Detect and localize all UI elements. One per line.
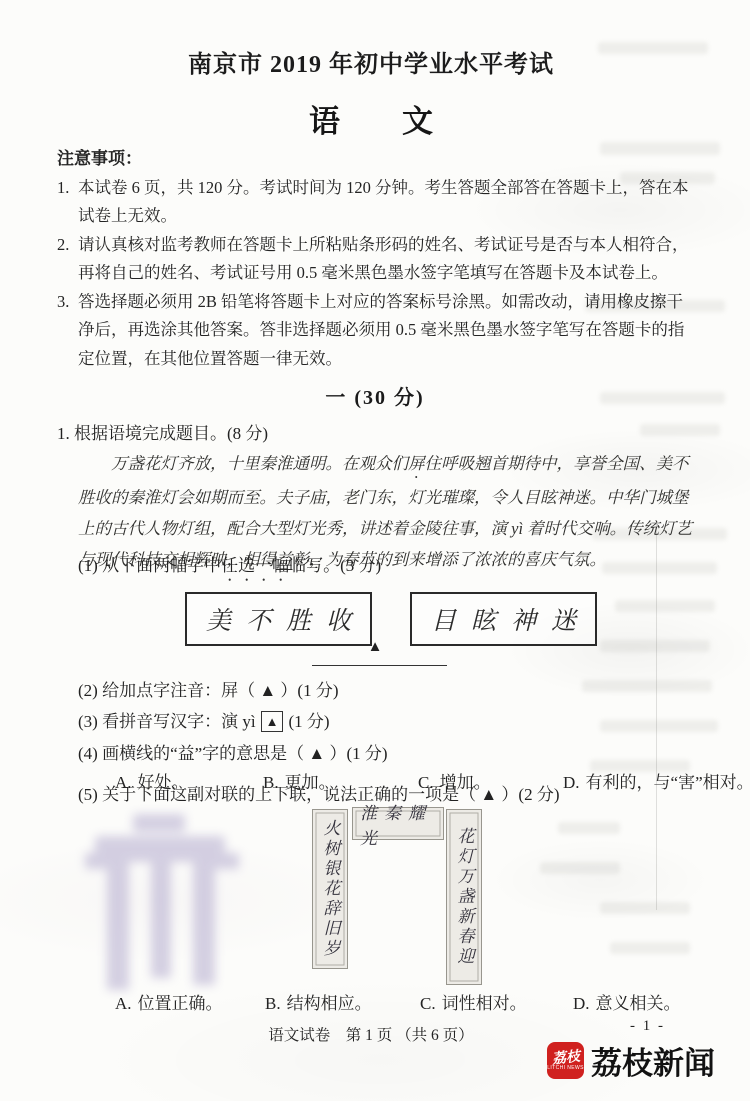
sub-question-1-post: 临写。(3 分) xyxy=(289,556,381,575)
sub-question-4-text: 画横线的“益”字的意思是（ ▲ ）(1 分) xyxy=(102,744,388,763)
page-number: - 1 - xyxy=(630,1018,665,1035)
option-c: C.词性相对。 xyxy=(420,989,527,1014)
bleed-through-artifact xyxy=(610,942,690,954)
copybook-options: 美不胜收 目眩神迷 xyxy=(185,592,597,646)
notice-item-number: 2. xyxy=(57,231,78,288)
sub-question-4-number: (4) xyxy=(78,744,98,763)
logo-brand-text: 荔枝新闻 xyxy=(591,1038,715,1083)
notice-item: 3. 答选择题必须用 2B 铅笔将答题卡上对应的答案标号涂黑。如需改动，请用橡皮… xyxy=(57,288,699,374)
couplet-left-scroll: 火树银花辞旧岁 xyxy=(312,809,348,969)
option-d: D.意义相关。 xyxy=(573,989,681,1014)
question-1-text: 根据语境完成题目。(8 分) xyxy=(74,424,268,443)
exam-title: 南京市 2019 年初中学业水平考试 xyxy=(0,44,742,79)
question-1-number: 1. xyxy=(57,424,70,443)
couplet-figure: 火树银花辞旧岁 淮秦耀光 花灯万盏新春迎 xyxy=(300,804,495,989)
option-d-label: D. xyxy=(573,994,590,1013)
sub-question-5-text: 关于下面这副对联的上下联，说法正确的一项是（ ▲ ）(2 分) xyxy=(102,785,559,804)
couplet-right-scroll: 花灯万盏新春迎 xyxy=(446,809,482,985)
bleed-through-artifact xyxy=(640,424,720,436)
notice-item: 1. 本试卷 6 页，共 120 分。考试时间为 120 分钟。考生答题全部答在… xyxy=(57,174,699,231)
option-b-text: 结构相应。 xyxy=(287,994,372,1013)
couplet-top-scroll: 淮秦耀光 xyxy=(352,807,444,840)
logo-icon-text: 荔枝 xyxy=(551,1049,580,1067)
sub-question-3-pre: 看拼音写汉字：演 yì xyxy=(102,712,255,731)
option-b-label: B. xyxy=(265,994,281,1013)
copybook-box-a: 美不胜收 xyxy=(185,592,372,646)
sub-question-3-number: (3) xyxy=(78,712,98,731)
copybook-box-b: 目眩神迷 xyxy=(410,592,597,646)
sub-question-2-text: 给加点字注音：屏（ ▲ ）(1 分) xyxy=(102,681,338,700)
bleed-through-artifact xyxy=(582,680,712,692)
sub-question-5: (5) 关于下面这副对联的上下联，说法正确的一项是（ ▲ ）(2 分) xyxy=(78,780,559,805)
option-a-label: A. xyxy=(115,994,132,1013)
bleed-through-artifact xyxy=(600,720,718,732)
sub-question-1-dotted: 任选一幅 xyxy=(221,556,289,575)
notice-section: 注意事项： 1. 本试卷 6 页，共 120 分。考试时间为 120 分钟。考生… xyxy=(57,145,699,373)
option-d-text: 意义相关。 xyxy=(596,994,681,1013)
exam-subject-title: 语 文 xyxy=(0,96,742,141)
sub-question-2-number: (2) xyxy=(78,681,98,700)
notice-item-number: 3. xyxy=(57,288,78,374)
litchi-news-logo-icon: 荔枝 LITCHI NEWS xyxy=(547,1042,584,1079)
answer-blank-line xyxy=(312,665,447,666)
section-one-header: 一 (30 分) xyxy=(0,381,750,410)
notice-item-text: 本试卷 6 页，共 120 分。考试时间为 120 分钟。考生答题全部答在答题卡… xyxy=(78,174,699,231)
notice-label: 注意事项： xyxy=(57,145,699,174)
bleed-through-artifact xyxy=(540,862,620,874)
sub-question-5-options: A.位置正确。 B.结构相应。 C.词性相对。 D.意义相关。 xyxy=(115,989,715,1013)
litchi-news-logo: 荔枝 LITCHI NEWS 荔枝新闻 xyxy=(547,1038,715,1083)
option-d: D.有利的，与“害”相对。 xyxy=(563,768,750,793)
sub-question-1-pre: 从下面两幅字中 xyxy=(102,556,221,575)
sub-question-2: (2) 给加点字注音：屏（ ▲ ）(1 分) xyxy=(78,676,338,701)
sub-question-1-number: (1) xyxy=(78,556,98,575)
option-c-text: 词性相对。 xyxy=(442,994,527,1013)
sub-question-5-number: (5) xyxy=(78,785,98,804)
bleed-through-artifact xyxy=(615,600,715,612)
option-b: B.结构相应。 xyxy=(265,989,372,1014)
option-d-label: D. xyxy=(563,773,580,792)
sub-question-1: (1) 从下面两幅字中任选一幅临写。(3 分) xyxy=(78,551,381,585)
option-a-text: 位置正确。 xyxy=(138,994,223,1013)
exam-paper-page: 南京市 2019 年初中学业水平考试 语 文 注意事项： 1. 本试卷 6 页，… xyxy=(0,0,750,1101)
option-d-text: 有利的，与“害”相对。 xyxy=(586,773,750,792)
sub-question-4: (4) 画横线的“益”字的意思是（ ▲ ）(1 分) xyxy=(78,739,388,764)
notice-item-number: 1. xyxy=(57,174,78,231)
city-gate-watermark xyxy=(55,798,265,1008)
notice-item: 2. 请认真核对监考教师在答题卡上所粘贴条形码的姓名、考试证号是否与本人相符合，… xyxy=(57,231,699,288)
notice-item-text: 答选择题必须用 2B 铅笔将答题卡上对应的答案标号涂黑。如需改动，请用橡皮擦干净… xyxy=(78,288,699,374)
option-a: A.位置正确。 xyxy=(115,989,223,1014)
sub-question-3-post: (1 分) xyxy=(288,712,329,731)
passage-dotted-char: 屏 xyxy=(408,454,425,473)
answer-blank-triangle: ▲ xyxy=(0,639,750,656)
notice-item-text: 请认真核对监考教师在答题卡上所粘贴条形码的姓名、考试证号是否与本人相符合，再将自… xyxy=(78,231,699,288)
bleed-through-artifact xyxy=(558,822,620,834)
bleed-through-artifact xyxy=(600,902,690,914)
passage-segment: 万盏花灯齐放，十里秦淮通明。在观众们 xyxy=(111,454,408,473)
bleed-through-fold-line xyxy=(656,520,657,910)
boxed-answer-triangle: ▲ xyxy=(261,711,284,732)
question-1-stem: 1. 根据语境完成题目。(8 分) xyxy=(57,419,268,444)
option-c-label: C. xyxy=(420,994,436,1013)
sub-question-3: (3) 看拼音写汉字：演 yì▲(1 分) xyxy=(78,707,330,732)
